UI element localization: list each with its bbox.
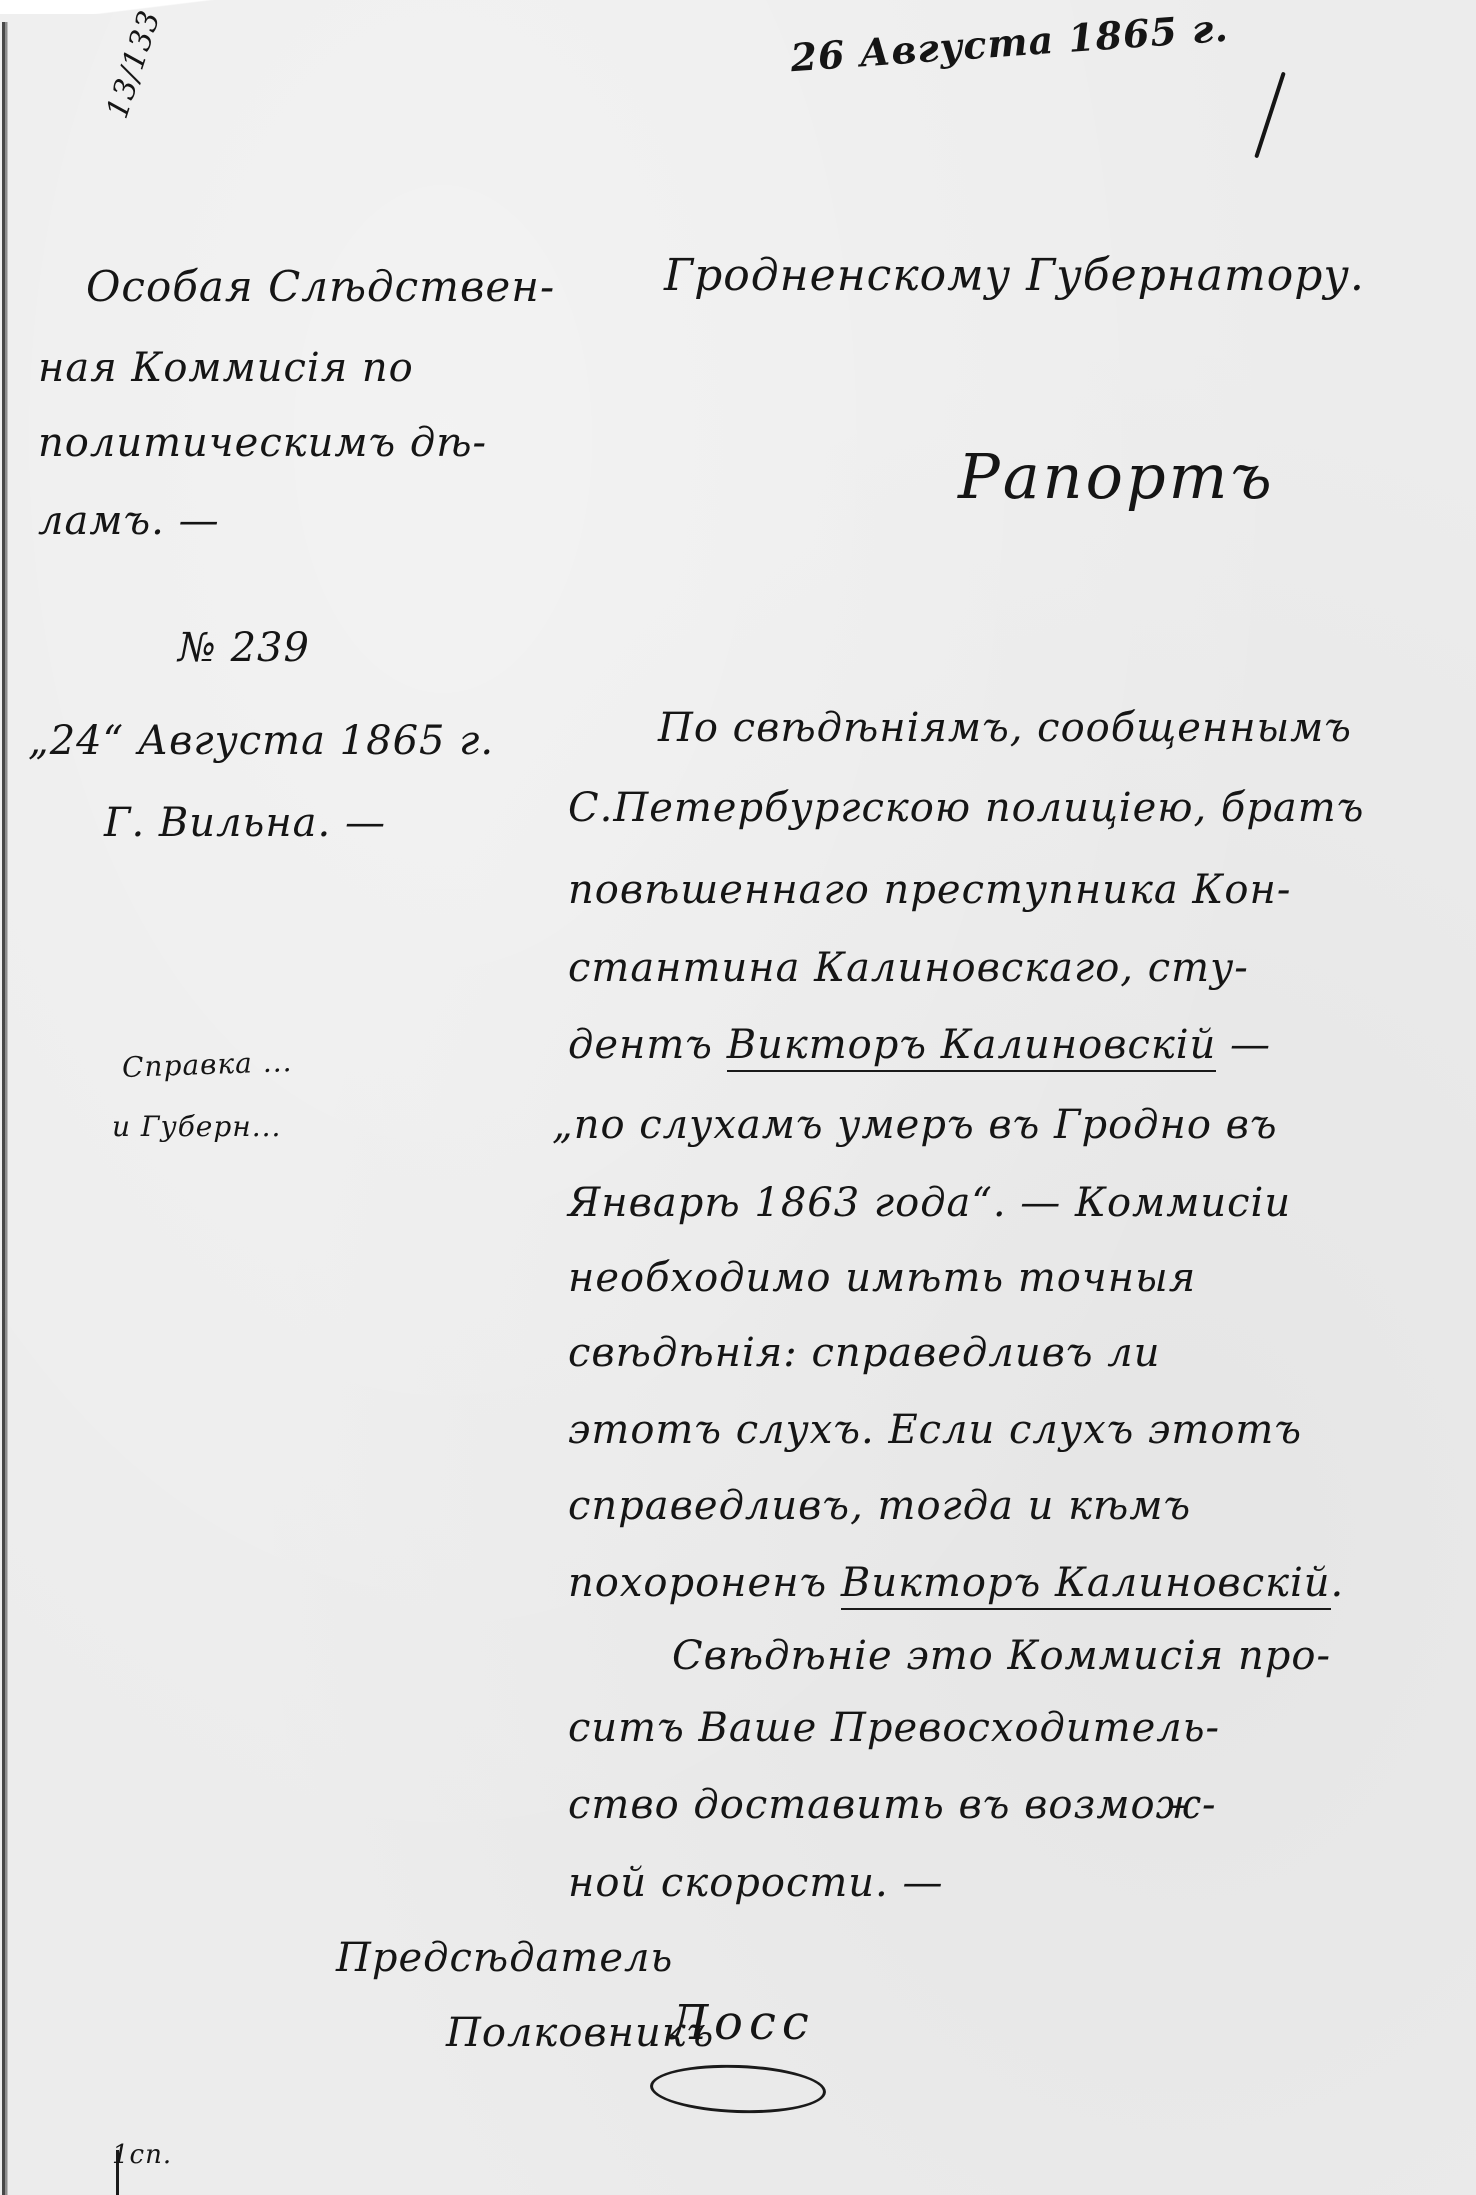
body-line-2: С.Петербургскою полиціею, братъ <box>568 785 1364 831</box>
addressee: Гродненскому Губернатору. <box>664 250 1365 301</box>
body-line-10: этотъ слухъ. Если слухъ этотъ <box>568 1407 1302 1453</box>
body-line-9: свѣдѣнія: справедливъ ли <box>568 1330 1160 1376</box>
body-line-4: стантина Калиновскаго, сту- <box>568 945 1249 991</box>
body-line-12-suffix: . <box>1331 1560 1345 1606</box>
margin-note-line-2: и Губерн... <box>112 1110 281 1143</box>
outgoing-date: „24“ Августа 1865 г. <box>28 718 494 764</box>
body-line-3: повѣшеннаго преступника Кон- <box>568 867 1291 913</box>
binding-edge <box>2 22 12 2195</box>
sender-line-1: Особая Слѣдствен- <box>86 262 555 311</box>
body-line-15: ство доставить въ возмож- <box>568 1782 1217 1828</box>
body-line-6: „по слухамъ умеръ въ Гродно въ <box>552 1102 1278 1148</box>
sender-line-2: ная Коммисія по <box>38 345 414 391</box>
body-line-11: справедливъ, тогда и кѣмъ <box>568 1483 1191 1529</box>
underlined-name-viktor: Викторъ Калиновскій <box>727 1022 1217 1072</box>
bottom-note: 1сп. <box>112 2140 172 2170</box>
body-line-8: необходимо имѣть точныя <box>568 1255 1196 1301</box>
underlined-name-viktor-2: Викторъ Калиновскій <box>841 1560 1331 1610</box>
archive-number: 13/133 <box>100 6 168 123</box>
page-corner <box>0 0 260 14</box>
body-line-12-prefix: похороненъ <box>568 1560 841 1606</box>
body-line-5-prefix: дентъ <box>568 1022 727 1068</box>
outgoing-number: № 239 <box>178 625 310 671</box>
body-line-5-suffix: — <box>1216 1022 1271 1068</box>
page-number-mark <box>1254 72 1286 159</box>
body-line-12: похороненъ Викторъ Калиновскій. <box>568 1560 1344 1606</box>
sender-line-4: ламъ. — <box>38 498 220 544</box>
signature-flourish <box>649 2062 827 2116</box>
document-page: 13/133 26 Августа 1865 г. 1 Особая Слѣдс… <box>0 0 1476 2195</box>
signature-name: Лосс <box>668 1995 815 2051</box>
received-date: 26 Августа 1865 г. <box>789 5 1230 81</box>
document-title: Рапортъ <box>958 440 1275 513</box>
body-line-1: По свѣдѣніямъ, сообщеннымъ <box>658 705 1352 751</box>
outgoing-place: Г. Вильна. — <box>104 800 386 846</box>
body-line-7: Январѣ 1863 года“. — Коммисіи <box>568 1180 1291 1226</box>
margin-note-line-1: Справка ... <box>121 1045 292 1084</box>
body-line-13: Свѣдѣніе это Коммисія про- <box>672 1633 1331 1679</box>
signature-title: Предсѣдатель <box>336 1935 673 1981</box>
body-line-5: дентъ Викторъ Калиновскій — <box>568 1022 1271 1068</box>
body-line-14: ситъ Ваше Превосходитель- <box>568 1705 1220 1751</box>
body-line-16: ной скорости. — <box>568 1860 944 1906</box>
sender-line-3: политическимъ дѣ- <box>38 420 487 466</box>
